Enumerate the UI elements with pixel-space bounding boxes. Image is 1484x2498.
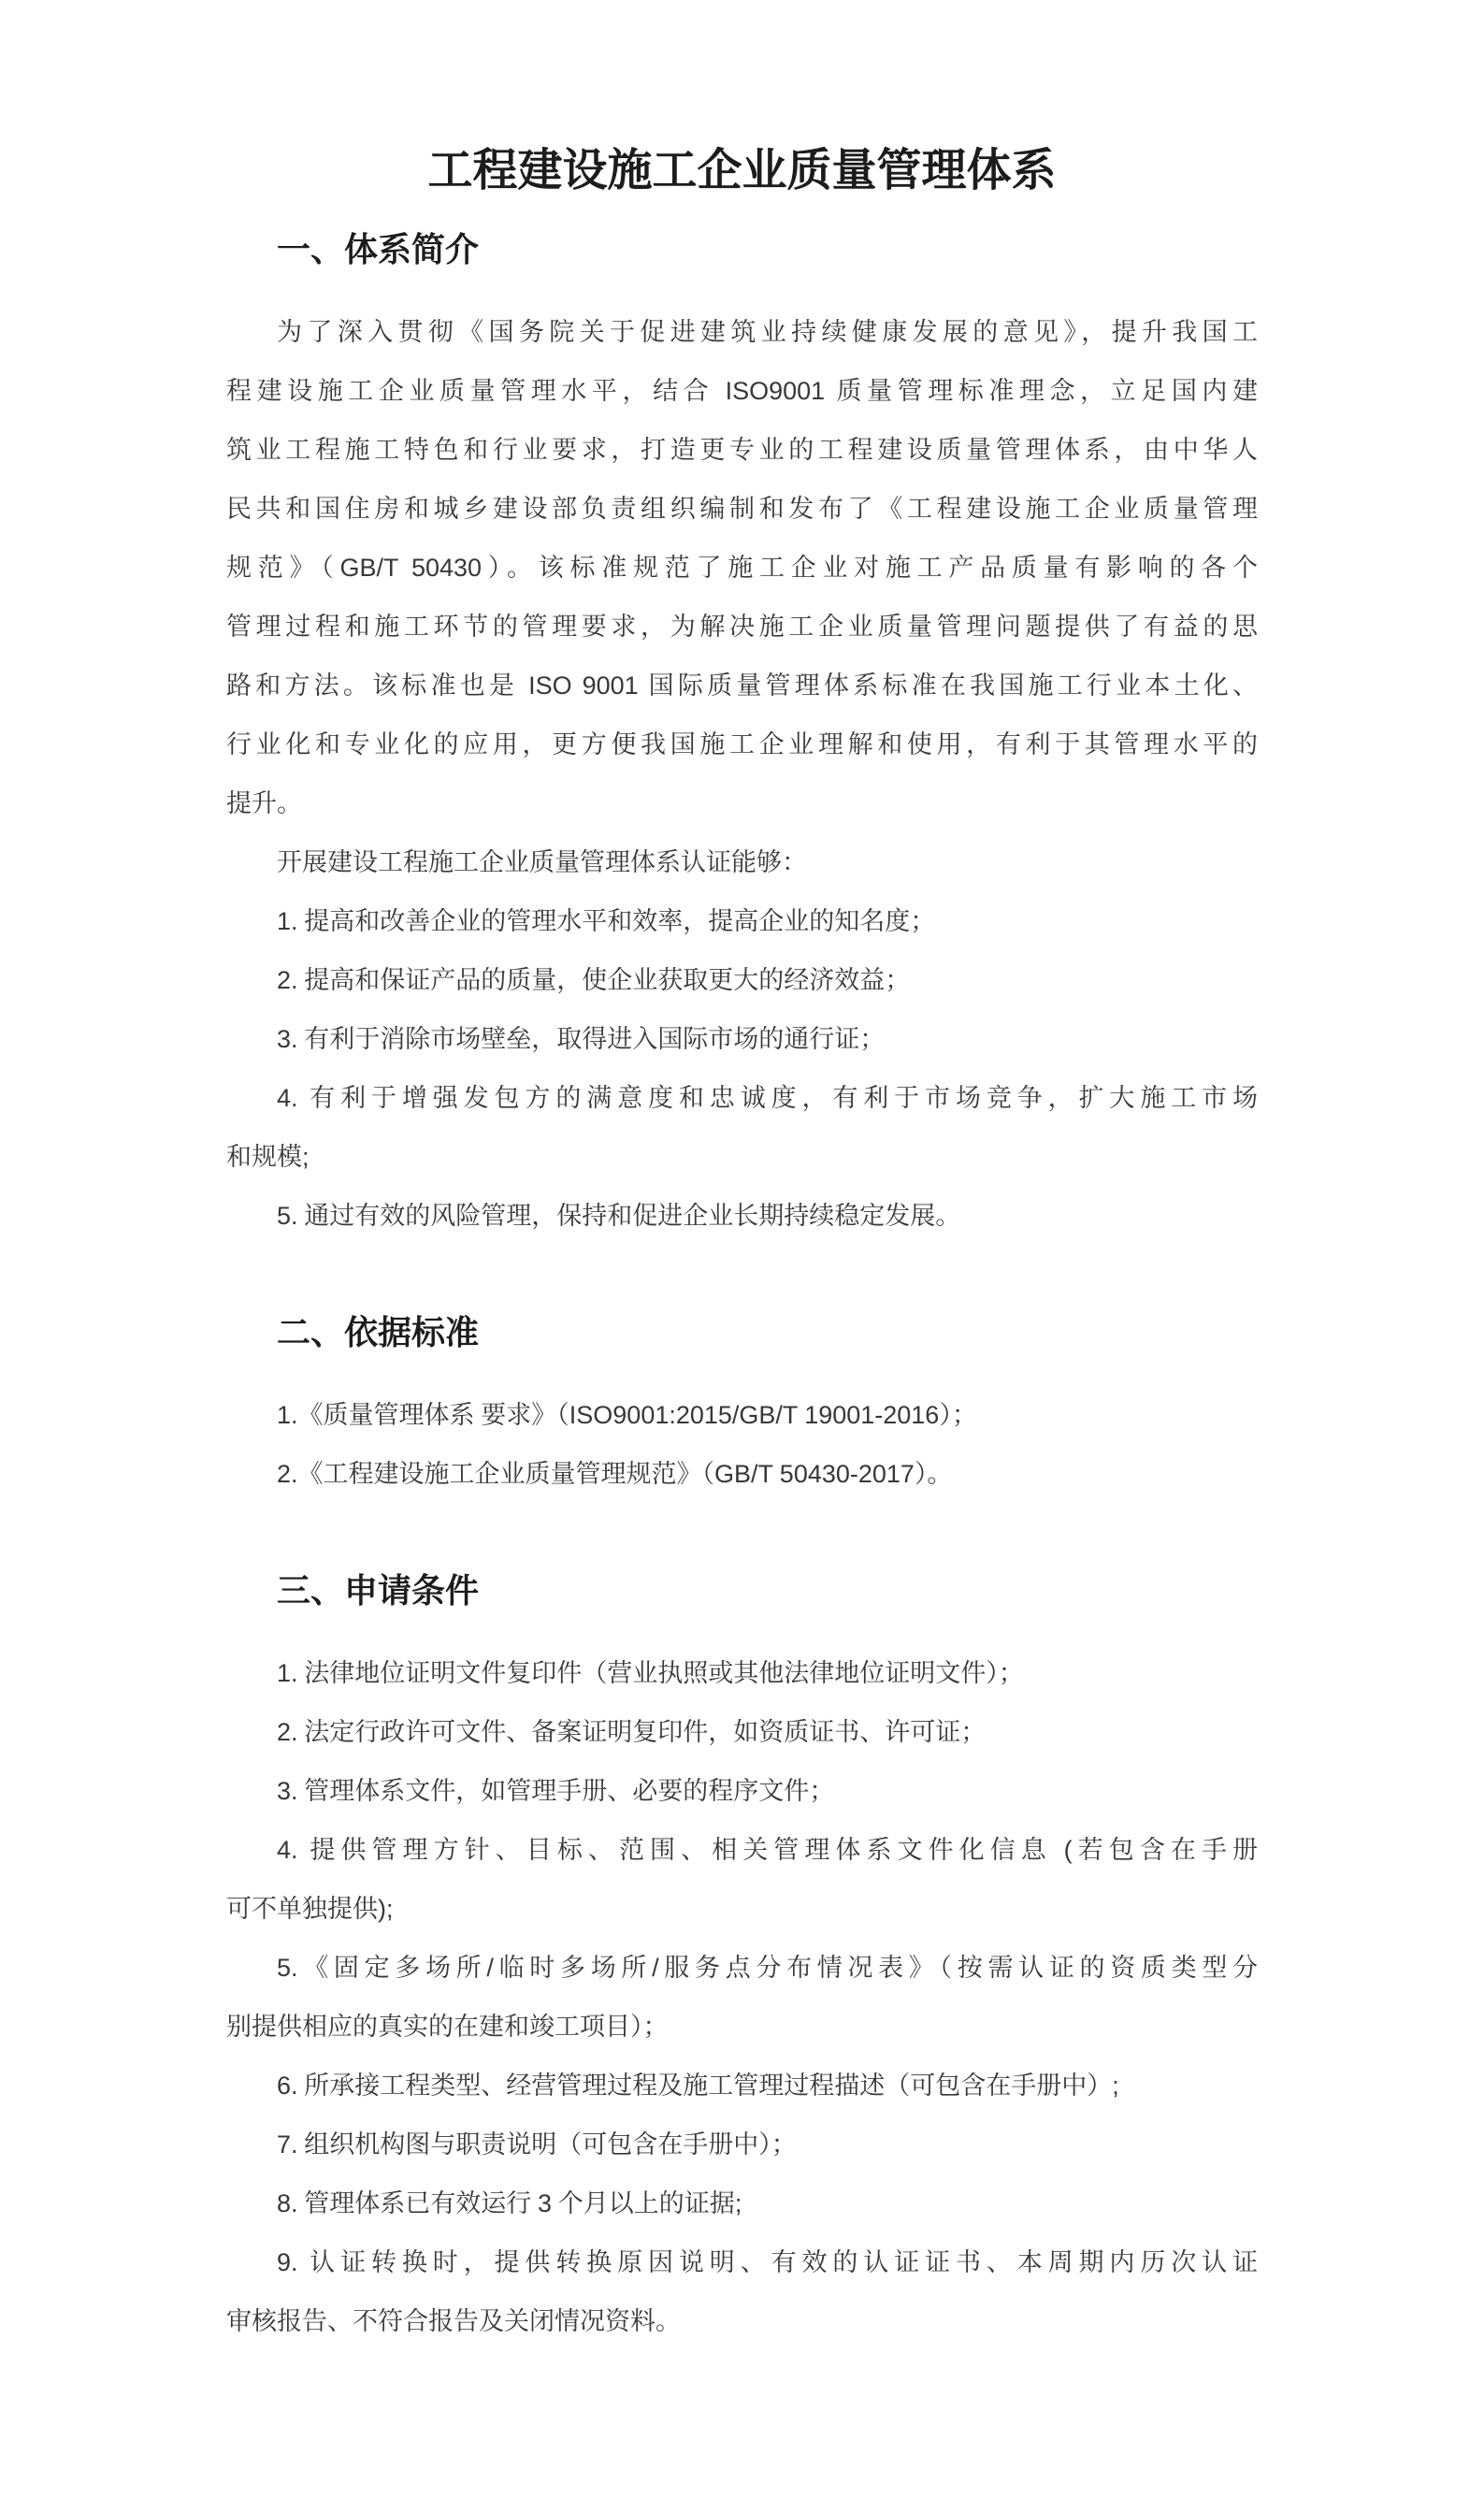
text-line: 可不单独提供); xyxy=(226,1880,1258,1939)
latin-text: 1. xyxy=(277,907,298,935)
latin-text: 2. xyxy=(277,1718,298,1746)
latin-text: 5. xyxy=(277,1202,298,1230)
text-line: 4. 提供管理方针、目标、范围、相关管理体系文件化信息 (若包含在手册 xyxy=(226,1821,1258,1880)
latin-text: 19001-2016 xyxy=(804,1401,939,1429)
condition-item-6: 6. 所承接工程类型、经营管理过程及施工管理过程描述（可包含在手册中）; xyxy=(226,2057,1258,2115)
text-line: 程建设施工企业质量管理水平，结合 ISO9001 质量管理标准理念，立足国内建 xyxy=(226,362,1258,421)
latin-text: ); xyxy=(378,1895,394,1923)
benefit-item-1: 1. 提高和改善企业的管理水平和效率，提高企业的知名度； xyxy=(226,892,1258,951)
benefit-item-2: 2. 提高和保证产品的质量，使企业获取更大的经济效益； xyxy=(226,951,1258,1010)
latin-text: 50430 xyxy=(411,554,482,582)
text-line: 1. 法律地位证明文件复印件（营业执照或其他法律地位证明文件）； xyxy=(226,1644,1258,1703)
condition-item-4: 4. 提供管理方针、目标、范围、相关管理体系文件化信息 (若包含在手册可不单独提… xyxy=(226,1821,1258,1939)
text-line: 路和方法。该标准也是 ISO 9001 国际质量管理体系标准在我国施工行业本土化… xyxy=(226,657,1258,715)
latin-text: 3 xyxy=(538,2189,552,2217)
latin-text: ; xyxy=(735,2189,742,2217)
text-line: 为了深入贯彻《国务院关于促进建筑业持续健康发展的意见》，提升我国工 xyxy=(226,303,1258,362)
text-line: 2. 提高和保证产品的质量，使企业获取更大的经济效益； xyxy=(226,951,1258,1010)
latin-text: GB/T xyxy=(339,554,398,582)
latin-text: 3. xyxy=(277,1025,298,1053)
section-application-conditions: 三、申请条件1. 法律地位证明文件复印件（营业执照或其他法律地位证明文件）；2.… xyxy=(226,1567,1258,2351)
text-line: 4. 有利于增强发包方的满意度和忠诚度，有利于市场竞争，扩大施工市场 xyxy=(226,1069,1258,1128)
text-line: 审核报告、不符合报告及关闭情况资料。 xyxy=(226,2292,1258,2351)
latin-text: / xyxy=(652,1954,659,1982)
text-line: 3. 有利于消除市场壁垒，取得进入国际市场的通行证； xyxy=(226,1010,1258,1069)
latin-text: 4. xyxy=(277,1836,298,1864)
text-line: 筑业工程施工特色和行业要求，打造更专业的工程建设质量管理体系，由中华人 xyxy=(226,421,1258,480)
section-system-introduction: 一、体系简介为了深入贯彻《国务院关于促进建筑业持续健康发展的意见》，提升我国工程… xyxy=(226,226,1258,1246)
text-line: 和规模; xyxy=(226,1128,1258,1187)
text-line: 8. 管理体系已有效运行 3 个月以上的证据; xyxy=(226,2174,1258,2233)
document-content: 工程建设施工企业质量管理体系 一、体系简介为了深入贯彻《国务院关于促进建筑业持续… xyxy=(0,0,1484,2351)
latin-text: 6. xyxy=(277,2072,298,2100)
latin-text: 7. xyxy=(277,2130,298,2159)
condition-item-7: 7. 组织机构图与职责说明（可包含在手册中）； xyxy=(226,2115,1258,2174)
benefit-item-5: 5. 通过有效的风险管理，保持和促进企业长期持续稳定发展。 xyxy=(226,1187,1258,1246)
condition-item-3: 3. 管理体系文件，如管理手册、必要的程序文件； xyxy=(226,1762,1258,1821)
text-line: 5.《固定多场所/临时多场所/服务点分布情况表》（按需认证的资质类型分 xyxy=(226,1939,1258,1998)
document-page: 工程建设施工企业质量管理体系 一、体系简介为了深入贯彻《国务院关于促进建筑业持续… xyxy=(0,0,1484,2498)
latin-text: ISO9001:2015/GB/T xyxy=(569,1401,799,1429)
latin-text: 4. xyxy=(277,1084,298,1112)
text-line: 3. 管理体系文件，如管理手册、必要的程序文件； xyxy=(226,1762,1258,1821)
intro-paragraph: 为了深入贯彻《国务院关于促进建筑业持续健康发展的意见》，提升我国工程建设施工企业… xyxy=(226,303,1258,833)
text-line: 9. 认证转换时，提供转换原因说明、有效的认证证书、本周期内历次认证 xyxy=(226,2233,1258,2292)
text-line: 1. 提高和改善企业的管理水平和效率，提高企业的知名度； xyxy=(226,892,1258,951)
latin-text: ; xyxy=(302,1143,310,1171)
section-heading-reference-standards: 二、依据标准 xyxy=(226,1309,1258,1356)
condition-item-5: 5.《固定多场所/临时多场所/服务点分布情况表》（按需认证的资质类型分别提供相应… xyxy=(226,1939,1258,2057)
standard-item-2: 2.《工程建设施工企业质量管理规范》（GB/T 50430-2017）。 xyxy=(226,1445,1258,1504)
document-body: 一、体系简介为了深入贯彻《国务院关于促进建筑业持续健康发展的意见》，提升我国工程… xyxy=(226,226,1258,2351)
text-line: 行业化和专业化的应用，更方便我国施工企业理解和使用，有利于其管理水平的 xyxy=(226,715,1258,774)
text-line: 提升。 xyxy=(226,774,1258,833)
text-line: 开展建设工程施工企业质量管理体系认证能够： xyxy=(226,833,1258,892)
latin-text: 9001 xyxy=(583,671,639,700)
section-heading-application-conditions: 三、申请条件 xyxy=(226,1567,1258,1614)
latin-text: ISO xyxy=(528,671,572,700)
text-line: 6. 所承接工程类型、经营管理过程及施工管理过程描述（可包含在手册中）; xyxy=(226,2057,1258,2115)
section-heading-system-introduction: 一、体系简介 xyxy=(226,226,1258,273)
text-line: 别提供相应的真实的在建和竣工项目）； xyxy=(226,1998,1258,2057)
latin-text: / xyxy=(486,1954,494,1982)
text-line: 1.《质量管理体系 要求》（ISO9001:2015/GB/T 19001-20… xyxy=(226,1386,1258,1445)
latin-text: 5. xyxy=(277,1954,298,1982)
latin-text: ISO9001 xyxy=(726,377,826,405)
condition-item-2: 2. 法定行政许可文件、备案证明复印件，如资质证书、许可证； xyxy=(226,1703,1258,1762)
latin-text: 1. xyxy=(277,1401,298,1429)
benefit-item-3: 3. 有利于消除市场壁垒，取得进入国际市场的通行证； xyxy=(226,1010,1258,1069)
latin-text: GB/T xyxy=(714,1460,773,1488)
benefit-item-4: 4. 有利于增强发包方的满意度和忠诚度，有利于市场竞争，扩大施工市场和规模; xyxy=(226,1069,1258,1187)
condition-item-9: 9. 认证转换时，提供转换原因说明、有效的认证证书、本周期内历次认证审核报告、不… xyxy=(226,2233,1258,2351)
latin-text: 2. xyxy=(277,1460,298,1488)
latin-text: 8. xyxy=(277,2189,298,2217)
text-line: 管理过程和施工环节的管理要求，为解决施工企业质量管理问题提供了有益的思 xyxy=(226,598,1258,657)
text-line: 2. 法定行政许可文件、备案证明复印件，如资质证书、许可证； xyxy=(226,1703,1258,1762)
text-line: 民共和国住房和城乡建设部负责组织编制和发布了《工程建设施工企业质量管理 xyxy=(226,480,1258,539)
latin-text: ; xyxy=(1112,2072,1119,2100)
standard-item-1: 1.《质量管理体系 要求》（ISO9001:2015/GB/T 19001-20… xyxy=(226,1386,1258,1445)
text-line: 5. 通过有效的风险管理，保持和促进企业长期持续稳定发展。 xyxy=(226,1187,1258,1246)
condition-item-1: 1. 法律地位证明文件复印件（营业执照或其他法律地位证明文件）； xyxy=(226,1644,1258,1703)
latin-text: 50430-2017 xyxy=(780,1460,915,1488)
latin-text: 9. xyxy=(277,2248,298,2276)
text-line: 7. 组织机构图与职责说明（可包含在手册中）； xyxy=(226,2115,1258,2174)
certification-benefits-lead-in: 开展建设工程施工企业质量管理体系认证能够： xyxy=(226,833,1258,892)
latin-text: 3. xyxy=(277,1777,298,1805)
latin-text: 2. xyxy=(277,966,298,994)
latin-text: 1. xyxy=(277,1659,298,1687)
condition-item-8: 8. 管理体系已有效运行 3 个月以上的证据; xyxy=(226,2174,1258,2233)
latin-text: ( xyxy=(1064,1836,1073,1864)
text-line: 规范》（GB/T 50430）。该标准规范了施工企业对施工产品质量有影响的各个 xyxy=(226,539,1258,598)
section-reference-standards: 二、依据标准1.《质量管理体系 要求》（ISO9001:2015/GB/T 19… xyxy=(226,1309,1258,1504)
document-title: 工程建设施工企业质量管理体系 xyxy=(226,142,1258,200)
text-line: 2.《工程建设施工企业质量管理规范》（GB/T 50430-2017）。 xyxy=(226,1445,1258,1504)
